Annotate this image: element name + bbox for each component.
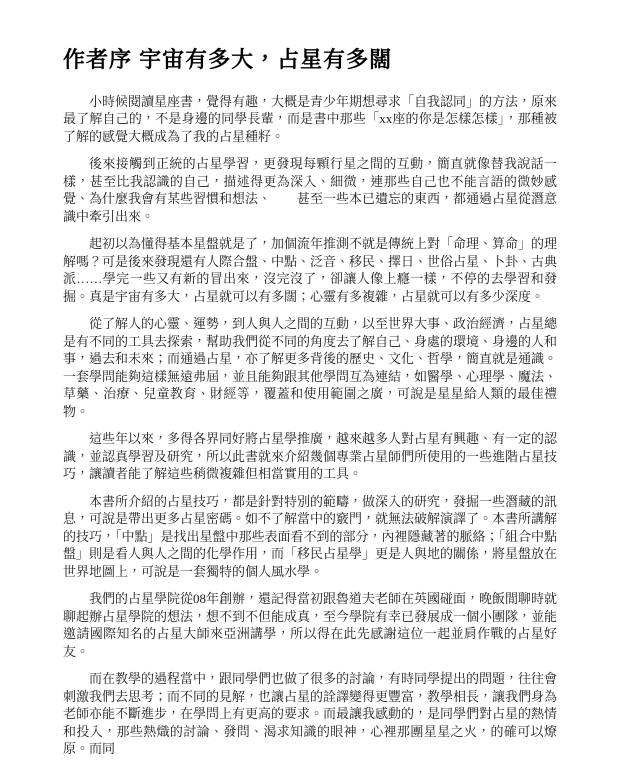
- paragraph-7: 我們的占星學院從08年創辦，還記得當初跟魯道夫老師在英國碰面，晚飯閒聊時就聊起辦…: [63, 590, 557, 660]
- document-page: 作者序 宇宙有多大，占星有多闊 小時候閱讀星座書，覺得有趣，大概是青少年期想尋求…: [0, 0, 619, 772]
- paragraph-1: 小時候閱讀星座書，覺得有趣，大概是青少年期想尋求「自我認同」的方法，原來最了解自…: [63, 93, 557, 146]
- page-title: 作者序 宇宙有多大，占星有多闊: [63, 46, 557, 75]
- paragraph-2: 後來接觸到正統的占星學習，更發現每顆行星之間的互動，簡直就像替我說話一樣，甚至比…: [63, 155, 557, 225]
- paragraph-5: 這些年以來，多得各界同好將占星學推廣，越來越多人對占星有興趣、有一定的認識，並認…: [63, 430, 557, 483]
- paragraph-4: 從了解人的心靈、運勢，到人與人之間的互動，以至世界大事、政治經濟，占星總是有不同…: [63, 315, 557, 420]
- preface-body: 小時候閱讀星座書，覺得有趣，大概是青少年期想尋求「自我認同」的方法，原來最了解自…: [63, 93, 557, 758]
- paragraph-3: 起初以為懂得基本星盤就是了，加個流年推測不就是傳統上對「命理、算命」的理解嗎？可…: [63, 235, 557, 305]
- paragraph-8: 而在教學的過程當中，跟同學們也做了很多的討論，有時同學提出的問題，往往會刺激我們…: [63, 670, 557, 758]
- paragraph-6: 本書所介紹的占星技巧，都是針對特別的範疇，做深入的研究，發掘一些潛藏的訊息，可說…: [63, 493, 557, 581]
